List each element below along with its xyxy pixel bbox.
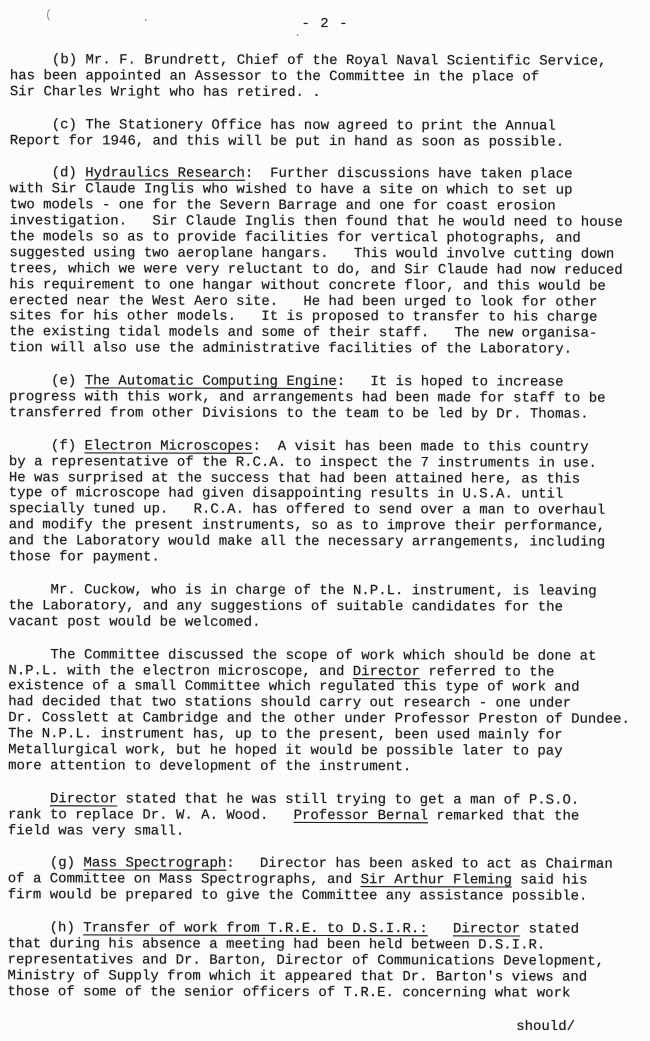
paragraph: (c) The Stationery Office has now agreed… [10,118,650,151]
text-line: firm would be prepared to give the Commi… [8,888,648,906]
text-line: tion will also use the administrative fa… [9,341,649,359]
scan-artifact: ( [45,8,52,22]
paragraph: (h) Transfer of work from T.R.E. to D.S.… [7,921,647,1002]
paragraph: The Committee discussed the scope of wor… [8,648,648,777]
text-line: those for payment. [9,550,649,568]
document-page: ( . . - 2 - (b) Mr. F. Brundrett, Chief … [0,0,650,1041]
paragraph: (d) Hydraulics Research: Further discuss… [9,167,649,359]
paragraph: (e) The Automatic Computing Engine: It i… [9,374,649,423]
page-number: - 2 - [0,0,650,32]
paragraphs: (b) Mr. F. Brundrett, Chief of the Royal… [0,31,650,1002]
paragraph: Mr. Cuckow, who is in charge of the N.P.… [8,583,648,632]
text-line: transferred from other Divisions to the … [9,406,649,424]
text-line: vacant post would be welcomed. [8,615,648,633]
paragraph: (b) Mr. F. Brundrett, Chief of the Royal… [10,53,650,102]
text-line: Report for 1946, and this will be put in… [10,134,650,152]
paragraph: (f) Electron Microscopes: A visit has be… [9,439,649,568]
text-line: Sir Charles Wright who has retired. . [10,85,650,103]
text-line: more attention to development of the ins… [8,759,648,777]
text-line: field was very small. [8,824,648,842]
catchword: should/ [0,1019,650,1035]
paragraph: Director stated that he was still trying… [8,792,648,841]
paragraph: (g) Mass Spectrograph: Director has been… [8,857,648,906]
scan-artifact: . [142,11,149,25]
text-line: those of some of the senior officers of … [7,985,647,1003]
